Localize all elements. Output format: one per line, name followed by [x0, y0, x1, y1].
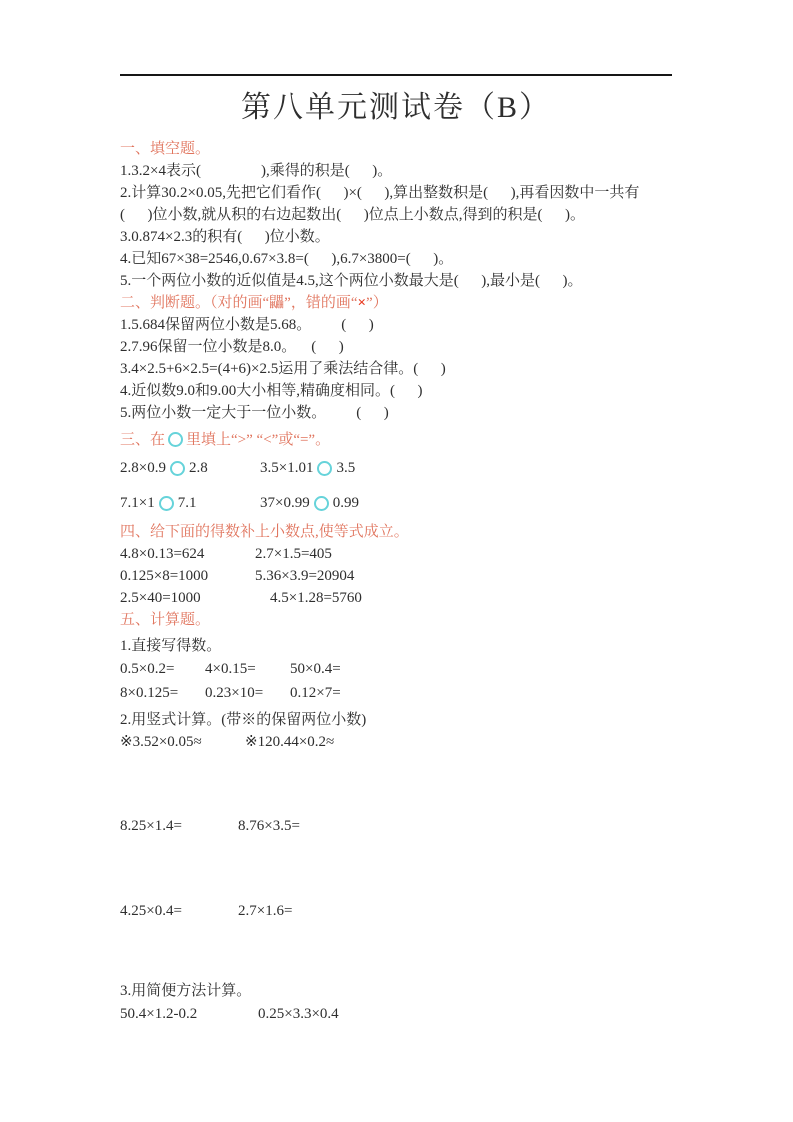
- question-line: 5.一个两位小数的近似值是4.5,这个两位小数最大是( ),最小是( )。: [120, 270, 672, 292]
- circle-icon: [317, 461, 332, 476]
- equation: 5.36×3.9=20904: [255, 565, 354, 587]
- equation: 2.7×1.6=: [238, 900, 292, 922]
- equation: 0.25×3.3×0.4: [258, 1002, 339, 1026]
- equation: 4.5×1.28=5760: [255, 587, 362, 609]
- equation: 4.25×0.4=: [120, 900, 238, 922]
- compare-right: 2.8: [189, 460, 208, 477]
- section3-heading-suffix: 里填上“>” “<”或“=”。: [186, 432, 330, 448]
- section2-heading-suffix: ”）: [366, 295, 388, 311]
- equation: 4.8×0.13=624: [120, 543, 255, 565]
- equation: 8.25×1.4=: [120, 815, 238, 837]
- vertical-calc-row: 8.25×1.4= 8.76×3.5=: [120, 815, 672, 837]
- section3-heading-prefix: 三、在: [120, 432, 165, 448]
- compare-item: 3.5×1.013.5: [260, 460, 355, 477]
- compare-item: 2.8×0.92.8: [120, 460, 260, 477]
- circle-icon: [170, 461, 185, 476]
- oral-calc-row: 0.5×0.2= 4×0.15= 50×0.4=: [120, 657, 672, 681]
- equation: ※120.44×0.2≈: [245, 731, 334, 753]
- working-space: [120, 837, 672, 900]
- compare-row: 2.8×0.92.8 3.5×1.013.5: [120, 451, 672, 486]
- compare-right: 7.1: [178, 495, 197, 512]
- equation: 0.5×0.2=: [120, 657, 205, 681]
- question-line: 2.计算30.2×0.05,先把它们看作( )×( ),算出整数积是( ),再看…: [120, 182, 672, 204]
- page-title: 第八单元测试卷（B）: [120, 88, 672, 128]
- test-paper: 第八单元测试卷（B） 一、填空题。 1.3.2×4表示( ),乘得的积是( )。…: [120, 74, 672, 1026]
- equation: 50×0.4=: [290, 657, 375, 681]
- compare-right: 3.5: [336, 460, 355, 477]
- equation: 8.76×3.5=: [238, 815, 300, 837]
- working-space: [120, 753, 672, 815]
- equation: 2.5×40=1000: [120, 587, 255, 609]
- compare-left: 3.5×1.01: [260, 460, 313, 477]
- question-line: 3.4×2.5+6×2.5=(4+6)×2.5运用了乘法结合律。( ): [120, 358, 672, 380]
- section-fill-in-blanks: 一、填空题。 1.3.2×4表示( ),乘得的积是( )。 2.计算30.2×0…: [120, 138, 672, 292]
- equation: 0.12×7=: [290, 681, 375, 705]
- compare-left: 7.1×1: [120, 495, 155, 512]
- section3-heading: 三、在里填上“>” “<”或“=”。: [120, 429, 672, 451]
- oral-calc-row: 8×0.125= 0.23×10= 0.12×7=: [120, 681, 672, 705]
- equation: 50.4×1.2-0.2: [120, 1002, 258, 1026]
- equation-row: 2.5×40=1000 4.5×1.28=5760: [120, 587, 672, 609]
- subsection-label: 3.用简便方法计算。: [120, 980, 672, 1002]
- subsection-label: 1.直接写得数。: [120, 635, 672, 657]
- compare-item: 37×0.990.99: [260, 495, 359, 512]
- section4-heading: 四、给下面的得数补上小数点,使等式成立。: [120, 521, 672, 543]
- equation: 0.23×10=: [205, 681, 290, 705]
- equation-row: 0.125×8=1000 5.36×3.9=20904: [120, 565, 672, 587]
- section-calculation: 五、计算题。 1.直接写得数。 0.5×0.2= 4×0.15= 50×0.4=…: [120, 609, 672, 1026]
- circle-icon: [159, 496, 174, 511]
- section-true-false: 二、判断题。（对的画“鼺”，错的画“×”） 1.5.684保留两位小数是5.68…: [120, 292, 672, 424]
- question-line: 4.近似数9.0和9.00大小相等,精确度相同。( ): [120, 380, 672, 402]
- circle-icon: [168, 432, 183, 447]
- equation-row: 4.8×0.13=624 2.7×1.5=405: [120, 543, 672, 565]
- equation: 4×0.15=: [205, 657, 290, 681]
- simplify-calc-row: 50.4×1.2-0.2 0.25×3.3×0.4: [120, 1002, 672, 1026]
- top-rule-divider: [120, 74, 672, 76]
- question-line: ( )位小数,就从积的右边起数出( )位点上小数点,得到的积是( )。: [120, 204, 672, 226]
- question-line: 2.7.96保留一位小数是8.0。 ( ): [120, 336, 672, 358]
- compare-left: 37×0.99: [260, 495, 310, 512]
- question-line: 3.0.874×2.3的积有( )位小数。: [120, 226, 672, 248]
- equation: 8×0.125=: [120, 681, 205, 705]
- compare-right: 0.99: [333, 495, 359, 512]
- question-line: 5.两位小数一定大于一位小数。 ( ): [120, 402, 672, 424]
- section5-heading: 五、计算题。: [120, 609, 672, 631]
- equation: 2.7×1.5=405: [255, 543, 332, 565]
- section1-heading: 一、填空题。: [120, 138, 672, 160]
- compare-row: 7.1×17.1 37×0.990.99: [120, 486, 672, 521]
- question-line: 4.已知67×38=2546,0.67×3.8=( ),6.7×3800=( )…: [120, 248, 672, 270]
- compare-left: 2.8×0.9: [120, 460, 166, 477]
- cross-mark: ×: [357, 295, 366, 311]
- working-space: [120, 922, 672, 980]
- section2-heading: 二、判断题。（对的画“鼺”，错的画“×”）: [120, 292, 672, 314]
- section-compare: 三、在里填上“>” “<”或“=”。 2.8×0.92.8 3.5×1.013.…: [120, 429, 672, 521]
- vertical-calc-row: 4.25×0.4= 2.7×1.6=: [120, 900, 672, 922]
- vertical-calc-row: ※3.52×0.05≈ ※120.44×0.2≈: [120, 731, 672, 753]
- question-line: 1.3.2×4表示( ),乘得的积是( )。: [120, 160, 672, 182]
- section-add-decimal-point: 四、给下面的得数补上小数点,使等式成立。 4.8×0.13=624 2.7×1.…: [120, 521, 672, 609]
- section2-heading-prefix: 二、判断题。（对的画“鼺”，错的画“: [120, 295, 357, 311]
- subsection-label: 2.用竖式计算。(带※的保留两位小数): [120, 709, 672, 731]
- equation: 0.125×8=1000: [120, 565, 255, 587]
- equation: ※3.52×0.05≈: [120, 731, 245, 753]
- circle-icon: [314, 496, 329, 511]
- compare-item: 7.1×17.1: [120, 495, 260, 512]
- question-line: 1.5.684保留两位小数是5.68。 ( ): [120, 314, 672, 336]
